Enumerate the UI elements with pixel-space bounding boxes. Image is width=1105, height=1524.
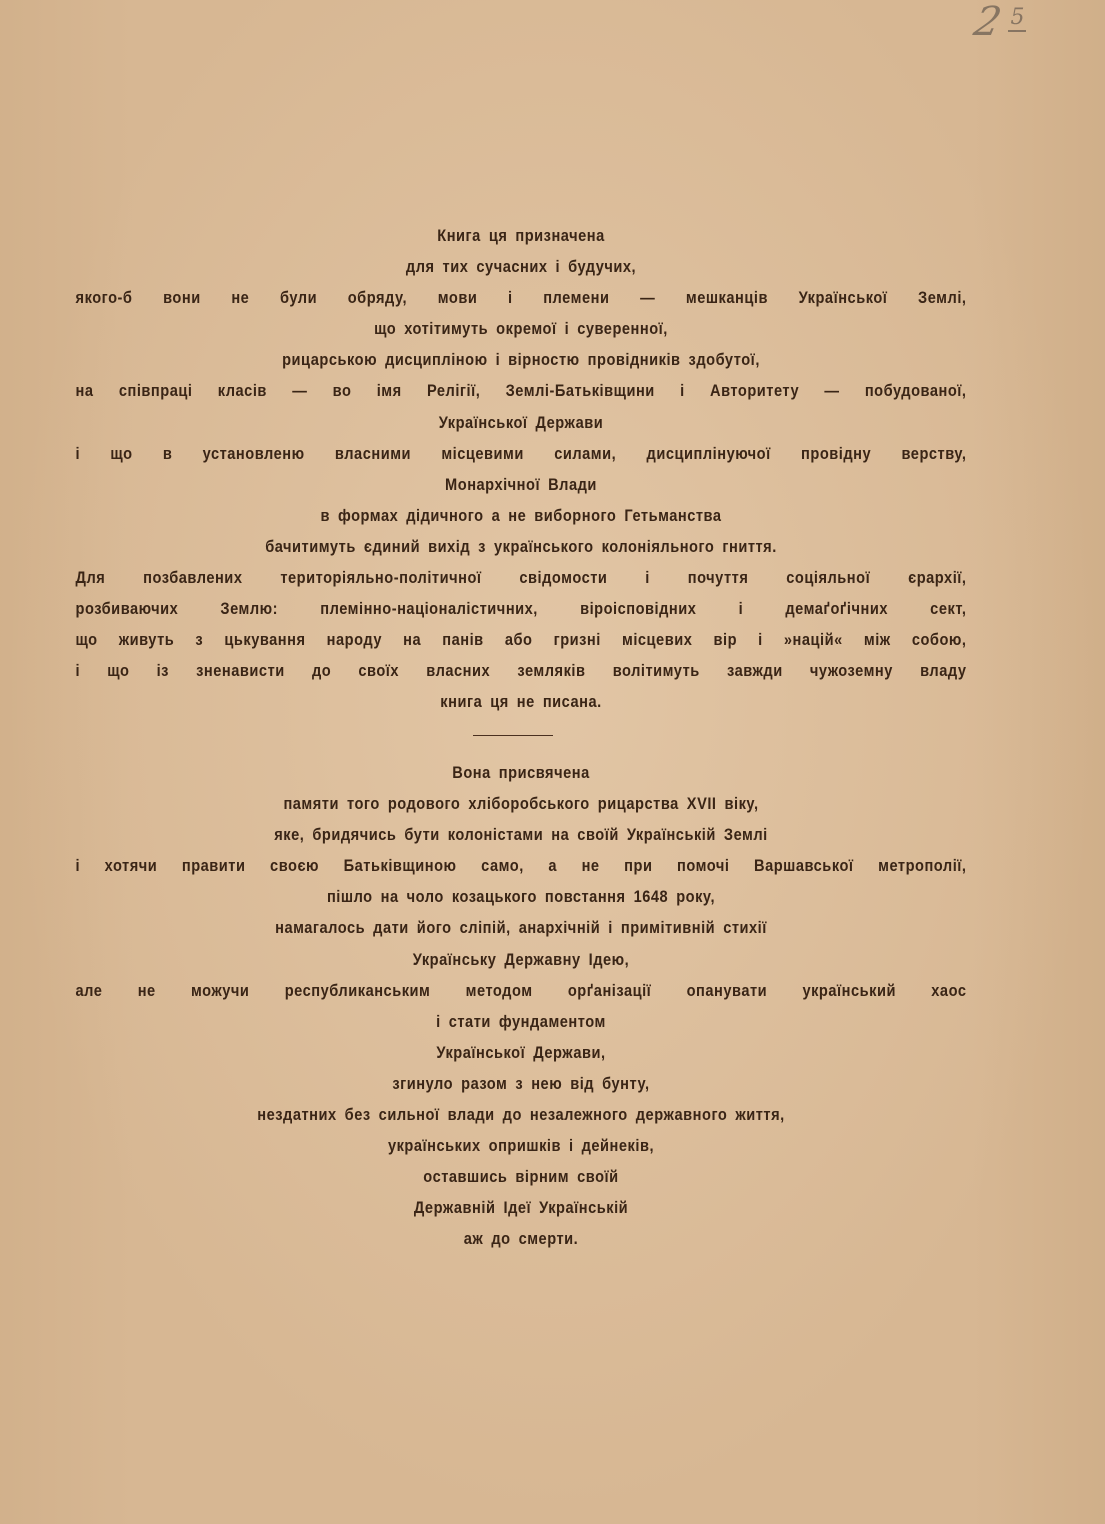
dedication-line: згинуло разом з нею від бунту,	[74, 1068, 968, 1099]
dedication-line: українських опришків і дейнеків,	[74, 1130, 968, 1161]
intro-line: бачитимуть єдиний вихід з українського к…	[74, 531, 968, 562]
dedication-line: Українську Державну Ідею,	[74, 944, 968, 975]
intro-line: в формах дідичного а не виборного Гетьма…	[74, 500, 968, 531]
intro-line: рицарською дисципліною і вірностю провід…	[74, 344, 968, 375]
intro-line: Української Держави	[74, 407, 968, 438]
intro-line: Монархічної Влади	[74, 469, 968, 500]
intro-line: що хотітимуть окремої і суверенної,	[74, 313, 968, 344]
dedication-line: і стати фундаментом	[74, 1006, 968, 1037]
intro-line: на співпраці класів — во імя Релігії, Зе…	[76, 375, 967, 406]
document-page: 25 Книга ця призначена для тих сучасних …	[0, 0, 1105, 1524]
intro-paragraph: Книга ця призначена для тих сучасних і б…	[74, 220, 968, 718]
dedication-line: пішло на чоло козацького повстання 1648 …	[74, 881, 968, 912]
dedication-paragraph: Вона присвячена памяти того родового хлі…	[74, 757, 968, 1255]
dedication-line: нездатних без сильної влади до незалежно…	[74, 1099, 968, 1130]
intro-line: розбиваючих Землю: племінно-націоналісти…	[76, 593, 967, 624]
page-number-superscript: 5	[1008, 5, 1026, 32]
dedication-line: памяти того родового хліборобського рица…	[74, 788, 968, 819]
dedication-line: оставшись вірним своїй	[74, 1161, 968, 1192]
dedication-line: і хотячи правити своєю Батьківщиною само…	[76, 850, 967, 881]
dedication-line: Державній Ідеї Українській	[74, 1192, 968, 1223]
dedication-line: Вона присвячена	[74, 757, 968, 788]
dedication-line: намагалось дати його сліпій, анархічній …	[74, 912, 968, 943]
section-divider	[473, 735, 553, 736]
page-number: 2	[970, 0, 1007, 44]
intro-line: і що в установленю власними місцевими си…	[76, 438, 967, 469]
intro-line: Книга ця призначена	[74, 220, 968, 251]
dedication-line: аж до смерти.	[74, 1223, 968, 1254]
handwritten-page-number: 25	[975, 0, 1075, 50]
dedication-line: але не можучи республиканським методом о…	[76, 975, 967, 1006]
intro-line: і що із зненависти до своїх власних земл…	[76, 655, 967, 686]
intro-line: якого-б вони не були обряду, мови і плем…	[76, 282, 967, 313]
intro-line: що живуть з цькування народу на панів аб…	[76, 624, 967, 655]
intro-line: Для позбавлених територіяльно-політичної…	[76, 562, 967, 593]
intro-line: для тих сучасних і будучих,	[74, 251, 968, 282]
dedication-line: яке, бридячись бути колоністами на своїй…	[74, 819, 968, 850]
dedication-line: Української Держави,	[74, 1037, 968, 1068]
intro-line: книга ця не писана.	[74, 686, 968, 717]
